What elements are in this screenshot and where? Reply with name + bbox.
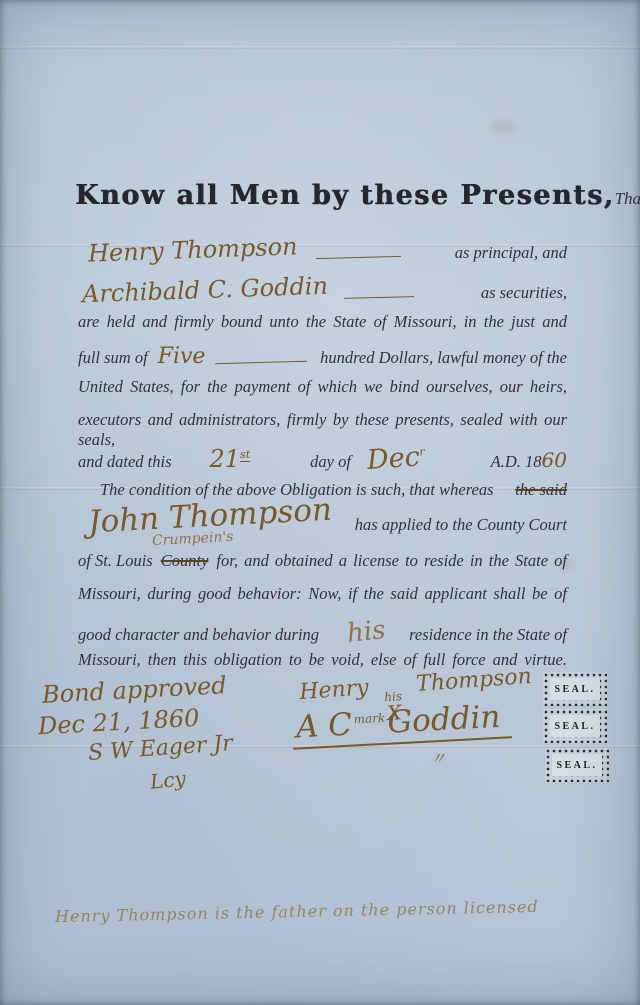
principal-line: Henry Thompson as principal, and (88, 236, 567, 264)
sig1-first: Henry (299, 675, 370, 705)
date-line-ad: A.D. 18 (491, 452, 542, 472)
county-insert-handwriting: Crumpein's (152, 529, 234, 549)
condition-line-3: of St. Louis County for, and obtained a … (78, 551, 567, 571)
condition-line-5-pre: good character and behavior during (78, 625, 319, 645)
date-line-pre: and dated this (78, 452, 172, 472)
month-handwriting: Decr (366, 441, 426, 476)
condition-line-3-struck: County (161, 551, 209, 571)
paper-stain (490, 120, 516, 134)
condition-line-1-struck: the said (515, 480, 567, 500)
fold-crease (0, 46, 640, 49)
body-line-2-pre: full sum of (78, 348, 148, 368)
day-number: 21 (210, 445, 241, 473)
seal-stamp-3: SEAL. (545, 748, 609, 782)
approval-line-1: Bond approved (41, 671, 227, 709)
sig2-last: Goddin (386, 699, 501, 741)
seal-label: SEAL. (552, 754, 602, 776)
headline-blackletter: Know all Men by these Presents, (75, 180, 615, 211)
month-suffix: r (419, 445, 425, 458)
condition-line-3-post: for, and obtained a license to reside in… (216, 551, 567, 571)
fill-dash (215, 361, 307, 364)
principal-label: as principal, and (455, 243, 567, 263)
principal-name-handwriting: Henry Thompson (88, 232, 298, 267)
month-text: Dec (366, 441, 421, 476)
date-line: and dated this 21st day of Decr A.D. 18 … (78, 443, 567, 474)
amount-handwriting: Five (158, 344, 206, 369)
fill-dash (344, 296, 414, 299)
security-label: as securities, (481, 283, 567, 303)
body-line-2-post: hundred Dollars, lawful money of the (320, 348, 567, 368)
security-name-handwriting: Archibald C. Goddin (82, 272, 329, 309)
date-line-mid: day of (310, 452, 351, 472)
seal-label: SEAL. (550, 715, 600, 737)
body-line-3: United States, for the payment of which … (78, 377, 567, 397)
condition-line-1: The condition of the above Obligation is… (100, 480, 567, 500)
seal-stamp-2: SEAL. (543, 709, 607, 743)
condition-line-3-pre: of St. Louis (78, 551, 153, 571)
body-line-2: full sum of Five hundred Dollars, lawful… (78, 344, 567, 369)
scanned-bond-document: Know all Men by these Presents, That We.… (0, 0, 640, 1005)
condition-line-5: good character and behavior during his r… (78, 617, 567, 647)
seal-label: SEAL. (550, 678, 600, 700)
his-handwriting: his (346, 615, 387, 649)
security-line: Archibald C. Goddin as securities, (82, 276, 567, 304)
condition-line-4: Missouri, during good behavior: Now, if … (78, 584, 567, 604)
condition-line-5-post: residence in the State of (409, 625, 567, 645)
footnote-handwriting: Henry Thompson is the father on the pers… (55, 897, 539, 926)
body-line-1: are held and firmly bound unto the State… (78, 312, 567, 332)
headline: Know all Men by these Presents, That We. (75, 180, 567, 211)
headline-that-we: That We. (615, 189, 640, 209)
signature-goddin-ditto: 〃 (430, 746, 446, 769)
condition-line-2: has applied to the County Court (340, 515, 567, 535)
approval-abbreviation: Lcy (149, 766, 187, 794)
seal-stamp-1: SEAL. (543, 672, 607, 706)
fill-dash (316, 256, 401, 259)
day-suffix: st (240, 448, 250, 462)
sig2-mark: mark (353, 711, 385, 727)
sig2-initials: A C (295, 707, 353, 746)
day-handwriting: 21st (210, 445, 251, 473)
year-handwriting: 60 (542, 448, 567, 472)
